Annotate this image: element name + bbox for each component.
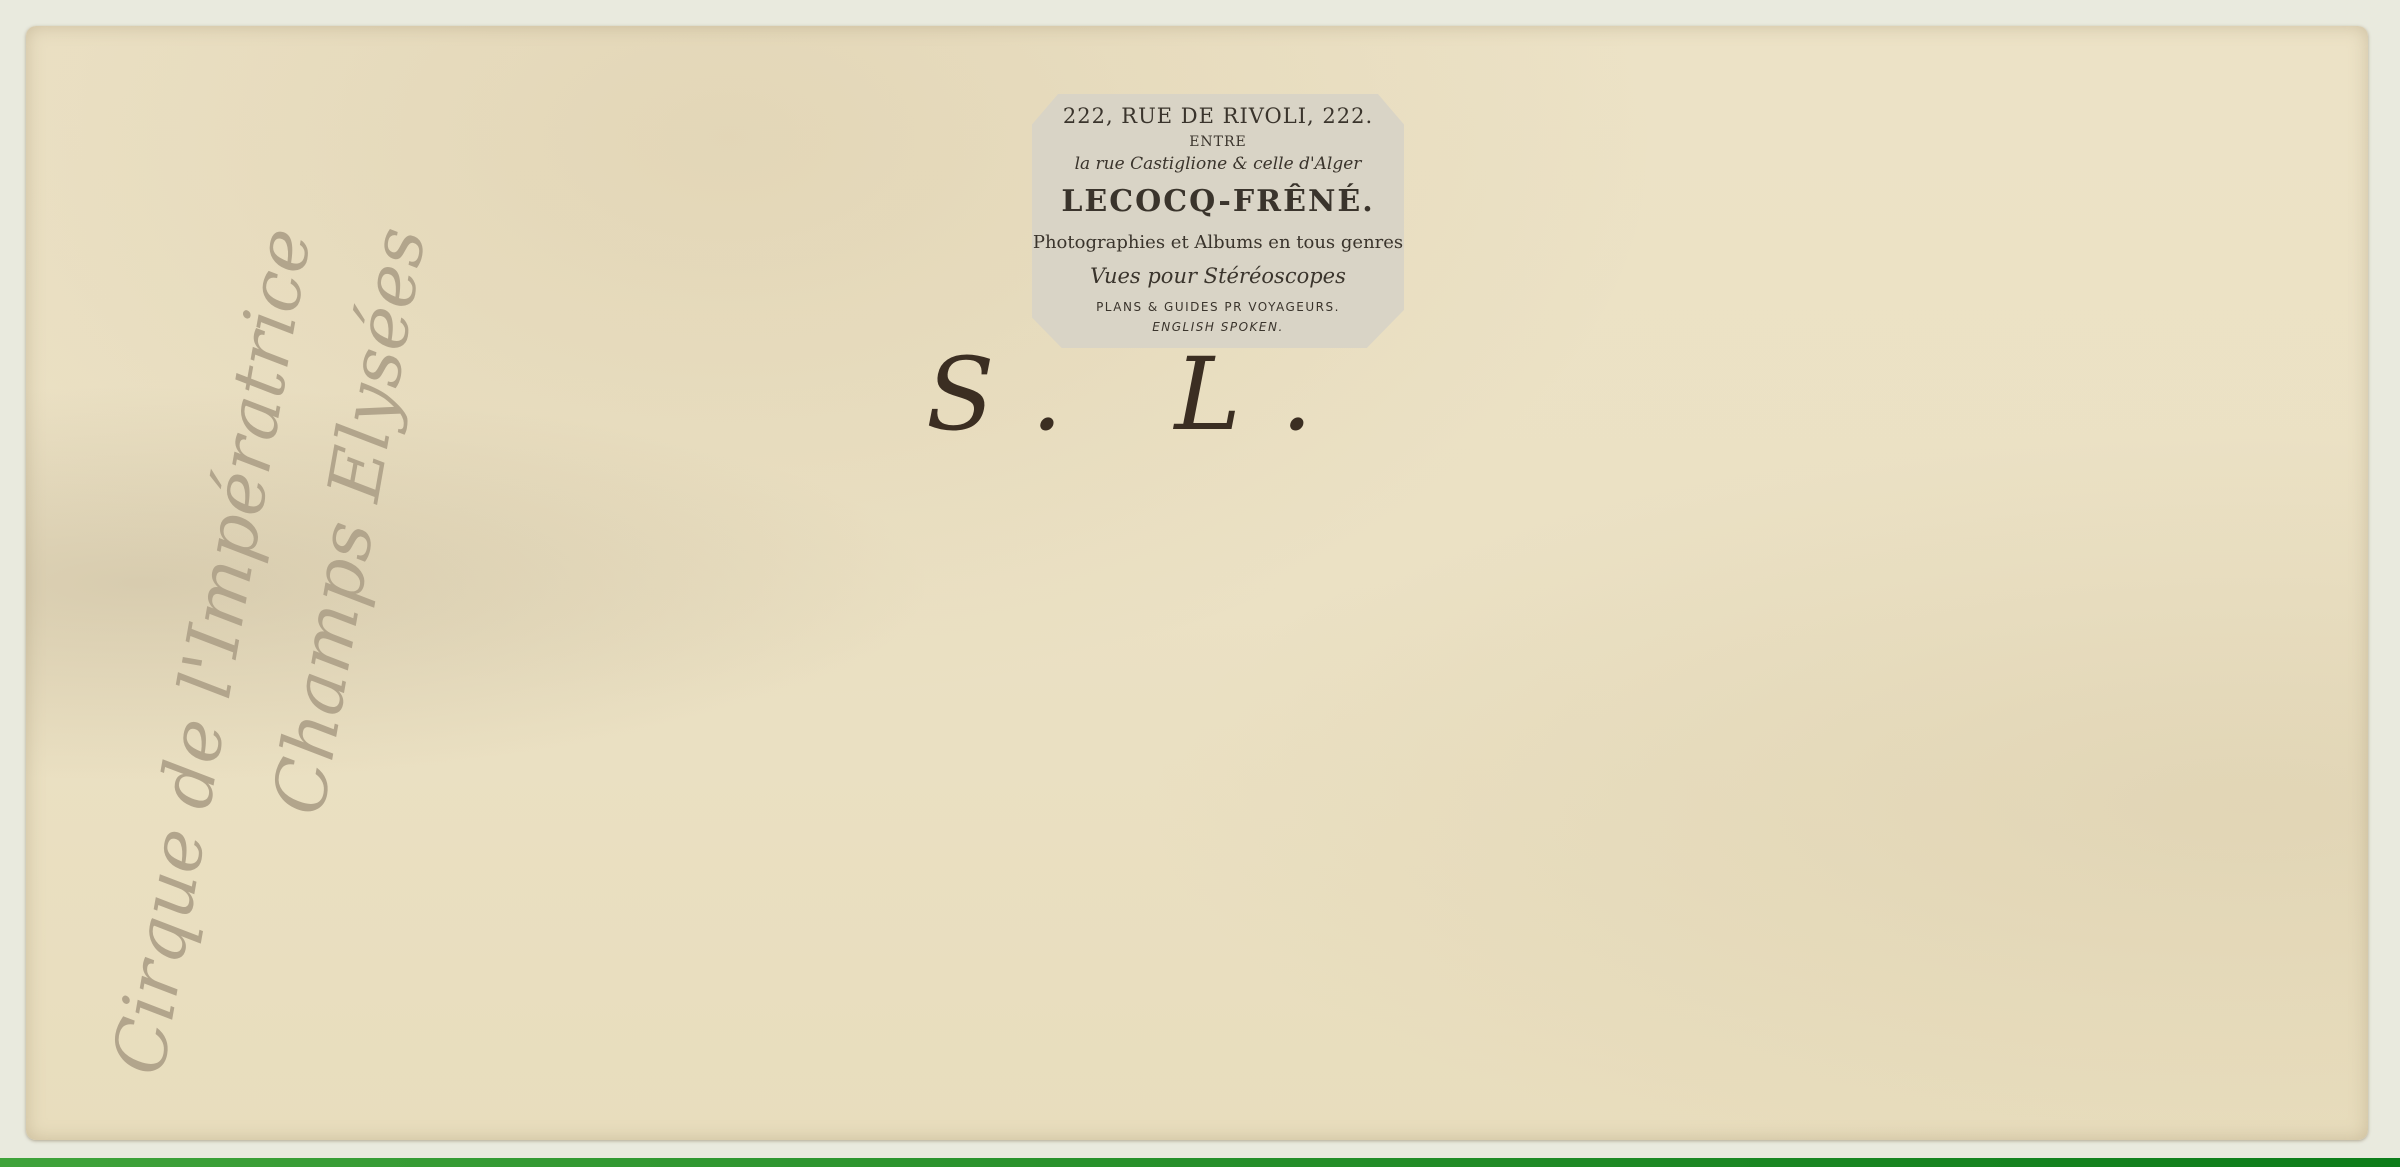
photographer-label: 222, RUE DE RIVOLI, 222. ENTRE la rue Ca… xyxy=(1032,94,1404,348)
label-stereo-line: Vues pour Stéréoscopes xyxy=(1032,264,1404,288)
ink-initials: S. L. xyxy=(926,336,1353,453)
label-between: ENTRE xyxy=(1032,134,1404,150)
label-english-line: ENGLISH SPOKEN. xyxy=(1032,320,1404,334)
label-photos-line: Photographies et Albums en tous genres xyxy=(1032,232,1404,253)
bottom-bar xyxy=(0,1158,2400,1167)
label-streets: la rue Castiglione & celle d'Alger xyxy=(1032,154,1404,174)
label-plans-line: PLANS & GUIDES PR VOYAGEURS. xyxy=(1032,300,1404,314)
label-studio-name: LECOCQ-FRÊNÉ. xyxy=(1032,184,1404,219)
stereoview-card: 222, RUE DE RIVOLI, 222. ENTRE la rue Ca… xyxy=(26,26,2368,1140)
label-address: 222, RUE DE RIVOLI, 222. xyxy=(1032,104,1404,128)
